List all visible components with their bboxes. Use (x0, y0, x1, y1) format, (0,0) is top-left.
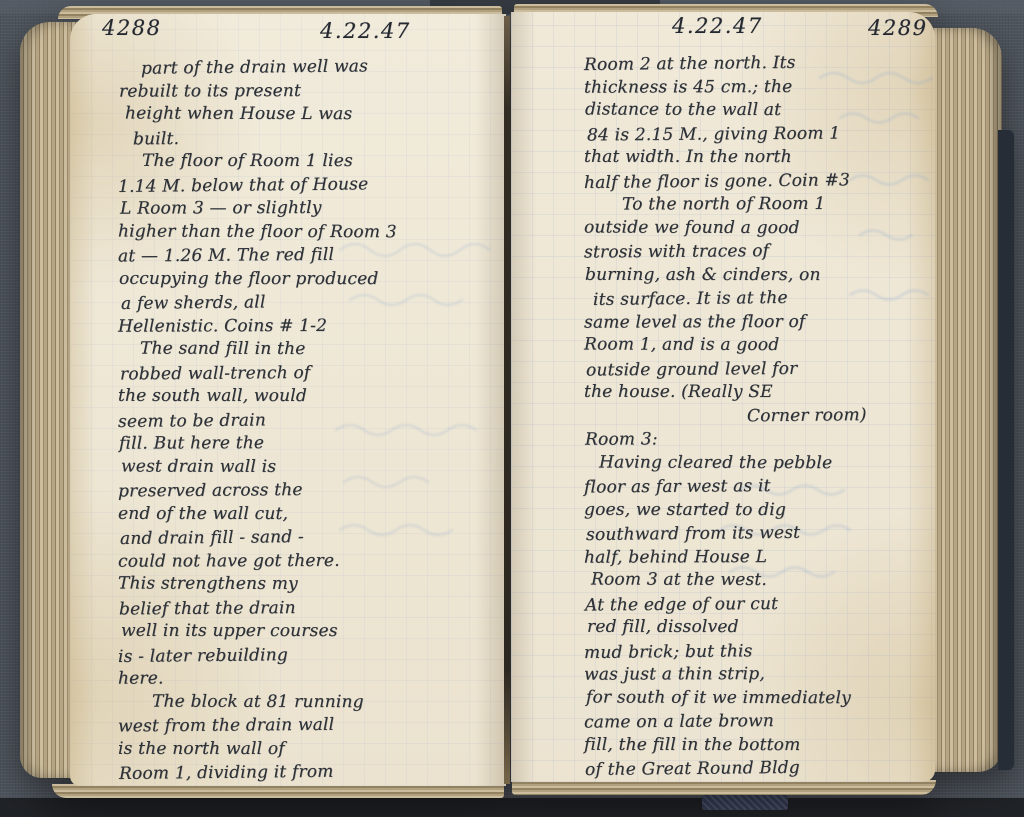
handwriting-line: distance to the wall at (584, 98, 976, 123)
handwriting-line: The sand fill in the (118, 338, 496, 362)
handwriting-line: mud brick; but this (584, 637, 976, 665)
page-number-left: 4288 (102, 16, 161, 40)
handwriting-line: half the floor is gone. Coin #3 (584, 167, 976, 195)
handwriting-line: west drain wall is (118, 455, 496, 479)
handwriting-line: the house. (Really SE (584, 381, 976, 405)
handwriting-line: part of the drain well was (118, 54, 496, 81)
handwriting-line: thickness is 45 cm.; the (584, 75, 976, 100)
handwriting-line: rebuilt to its present (118, 79, 496, 104)
date-left: 4.22.47 (320, 19, 411, 43)
handwriting-line: Corner room) (584, 402, 976, 430)
handwriting-line: that width. In the north (584, 146, 976, 170)
handwriting-line: the south wall, would (118, 385, 496, 409)
handwriting-line: Room 2 at the north. Its (584, 50, 976, 78)
handwriting-line: fill. But here the (118, 431, 496, 456)
handwriting-line: at — 1.26 M. The red fill (118, 243, 496, 269)
handwriting-left-page: part of the drain well wasrebuilt to its… (118, 56, 496, 785)
handwriting-line: preserved across the (118, 478, 496, 504)
handwriting-line: outside we found a good (584, 216, 976, 241)
handwriting-line: half, behind House L (584, 545, 976, 570)
handwriting-line: 1.14 M. below that of House (118, 172, 496, 199)
handwriting-line: end of the wall cut, (118, 502, 496, 526)
page-number-right: 4289 (868, 16, 927, 40)
handwriting-line: is the north wall of (118, 737, 496, 761)
handwriting-line: This strengthens my (118, 573, 496, 597)
handwriting-line: red fill, dissolved (584, 616, 976, 640)
handwriting-line: southward from its west (584, 520, 976, 548)
handwriting-line: its surface. It is at the (584, 285, 976, 313)
handwriting-line: robbed wall-trench of (118, 360, 496, 386)
handwriting-line: here. (118, 666, 496, 691)
handwriting-line: a few sherds, all (118, 289, 496, 316)
handwriting-line: same level as the floor of (584, 310, 976, 335)
handwriting-line: belief that the drain (118, 595, 496, 621)
handwriting-line: Having cleared the pebble (584, 451, 976, 476)
handwriting-line: Hellenistic. Coins # 1-2 (118, 314, 496, 339)
handwriting-line: occupying the floor produced (118, 267, 496, 291)
handwriting-line: was just a thin strip, (584, 662, 976, 687)
handwriting-line: seem to be drain (118, 407, 496, 434)
handwriting-line: is - later rebuilding (118, 642, 496, 669)
handwriting-right-page: Room 2 at the north. Itsthickness is 45 … (584, 52, 976, 781)
handwriting-line: for south of it we immediately (584, 686, 976, 711)
handwriting-line: well in its upper courses (118, 620, 496, 644)
handwriting-line: west from the drain wall (118, 713, 496, 739)
open-notebook: 4288 4.22.47 4.22.47 4289 part of the dr… (0, 0, 1024, 817)
handwriting-line: outside ground level for (584, 356, 976, 383)
handwriting-line: floor as far west as it (584, 473, 976, 500)
handwriting-line: To the north of Room 1 (584, 192, 976, 217)
book-cover-edge (998, 130, 1014, 770)
handwriting-line: came on a late brown (584, 708, 976, 735)
handwriting-line: At the edge of our cut (584, 591, 976, 618)
handwriting-line: goes, we started to dig (584, 498, 976, 522)
handwriting-line: 84 is 2.15 M., giving Room 1 (584, 121, 976, 148)
handwriting-line: The block at 81 running (118, 690, 496, 714)
handwriting-line: built. (118, 125, 496, 151)
handwriting-line: of the Great Round Bldg (584, 755, 976, 783)
handwriting-line: L Room 3 — or slightly (118, 196, 496, 221)
handwriting-line: Room 3 at the west. (584, 568, 976, 593)
handwriting-line: Room 1, and is a good (584, 333, 976, 358)
handwriting-line: and drain fill - sand - (118, 524, 496, 551)
handwriting-line: Room 3: (584, 427, 976, 452)
handwriting-line: height when House L was (118, 103, 496, 127)
notebook-photo: 4288 4.22.47 4.22.47 4289 part of the dr… (0, 0, 1024, 817)
handwriting-line: strosis with traces of (584, 238, 976, 265)
page-stack-bottom-right (512, 780, 936, 795)
handwriting-line: higher than the floor of Room 3 (118, 220, 496, 244)
handwriting-line: The floor of Room 1 lies (118, 150, 496, 174)
handwriting-line: Room 1, dividing it from (118, 759, 496, 786)
handwriting-line: could not have got there. (118, 549, 496, 574)
date-right: 4.22.47 (672, 14, 763, 38)
handwriting-line: burning, ash & cinders, on (584, 263, 976, 287)
handwriting-line: fill, the fill in the bottom (584, 733, 976, 757)
